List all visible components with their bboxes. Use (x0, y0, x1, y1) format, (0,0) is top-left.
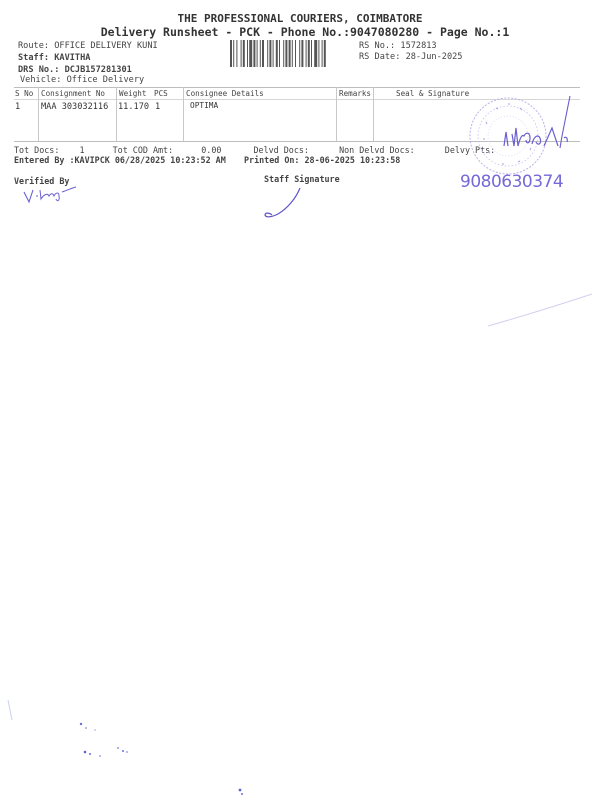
barcode-icon (230, 40, 353, 67)
rs-date: RS Date: 28-Jun-2025 (359, 52, 462, 62)
verified-by-signature (22, 184, 82, 210)
entered-by: Entered By :KAVIPCK 06/28/2025 10:23:52 … (14, 155, 226, 165)
stray-pen-mark (486, 290, 596, 334)
col-header-weight: Weight (119, 89, 146, 98)
drs-number: DRS No.: DCJB157281301 (18, 65, 132, 75)
cell-sno: 1 (15, 102, 20, 112)
delvd-docs-label: Delvd Docs: (254, 145, 309, 155)
tot-docs-label: Tot Docs: (14, 145, 59, 155)
col-header-seal-signature: Seal & Signature (396, 89, 469, 98)
col-header-consignee: Consignee Details (186, 89, 264, 98)
staff-signature (262, 186, 306, 224)
cell-consignment-no: MAA 303032116 (41, 102, 108, 112)
col-divider (116, 87, 117, 141)
cell-weight: 11.170 (118, 102, 149, 112)
rs-number: RS No.: 1572813 (359, 41, 437, 51)
printed-on: Printed On: 28-06-2025 10:23:58 (244, 155, 400, 165)
tot-docs-value: 1 (79, 145, 84, 155)
col-divider (183, 87, 184, 141)
route-label: Route: OFFICE DELIVERY KUNI (18, 41, 158, 51)
col-header-pcs: PCS (154, 89, 168, 98)
vehicle-label: Vehicle: Office Delivery (20, 75, 144, 85)
col-header-consignment-no: Consignment No (41, 89, 105, 98)
runsheet-subtitle: Delivery Runsheet - PCK - Phone No.:9047… (0, 25, 600, 39)
handwritten-phone-number: 9080630374 (460, 172, 563, 192)
tot-cod-value: 0.00 (201, 145, 221, 155)
staff-signature-label: Staff Signature (264, 174, 340, 184)
company-title: THE PROFESSIONAL COURIERS, COIMBATORE (0, 12, 600, 25)
ink-speckles (0, 690, 260, 800)
col-header-remarks: Remarks (339, 89, 371, 98)
totals-line: Tot Docs: 1 Tot COD Amt: 0.00 Delvd Docs… (14, 145, 495, 155)
col-divider (373, 87, 374, 141)
col-divider (38, 87, 39, 141)
cell-pcs: 1 (155, 102, 160, 112)
non-delvd-docs-label: Non Delvd Docs: (339, 145, 415, 155)
tot-cod-label: Tot COD Amt: (113, 145, 174, 155)
col-divider (336, 87, 337, 141)
cell-consignee: OPTIMA (190, 101, 218, 110)
col-header-sno: S No (15, 89, 33, 98)
staff-label: Staff: KAVITHA (18, 53, 90, 63)
